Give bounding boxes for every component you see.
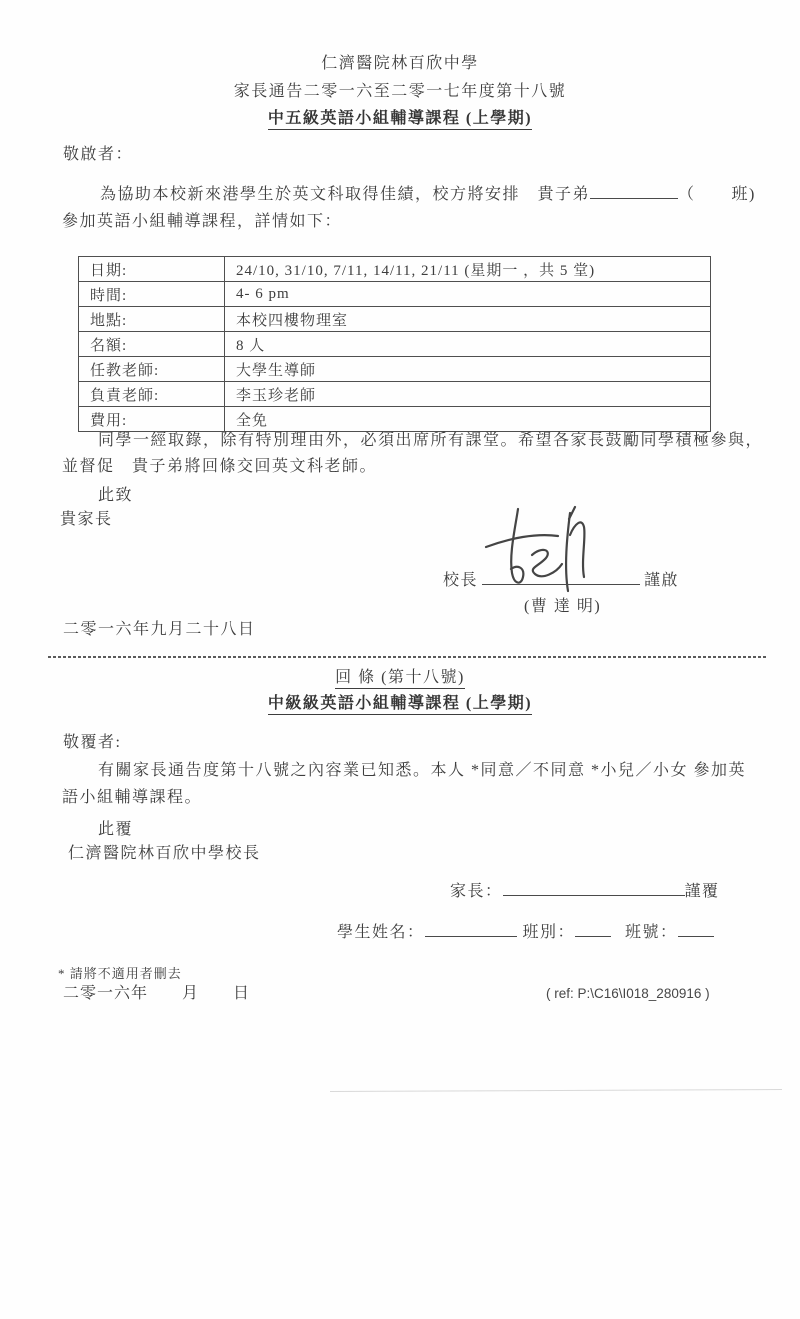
school-name: 仁濟醫院林百欣中學 <box>0 54 800 73</box>
parent-signature-blank <box>503 881 685 896</box>
row-label: 任教老師: <box>79 357 225 382</box>
tear-off-dashed-line <box>48 656 766 658</box>
table-row-teacher-in-charge: 負責老師: 李玉珍老師 <box>79 382 711 407</box>
principal-name: (曹 達 明) <box>524 597 601 616</box>
scan-artifact-line <box>330 1089 782 1092</box>
scanned-notice-page: 仁濟醫院林百欣中學 家長通告二零一六至二零一七年度第十八號 中五級英語小組輔導課… <box>0 0 800 1319</box>
table-row-tutor: 任教老師: 大學生導師 <box>79 357 711 382</box>
notice-para2-line1: 同學一經取錄，除有特別理由外，必須出席所有課堂。希望各家長鼓勵同學積極參與， <box>98 431 763 450</box>
class-no-blank <box>678 922 714 937</box>
class-label: 班別： <box>523 923 576 942</box>
notice-salutation: 敬啟者： <box>63 145 133 164</box>
row-value: 24/10, 31/10, 7/11, 14/11, 21/11 (星期一 ，共… <box>225 257 711 282</box>
student-info-row: 學生姓名： 班別： 班號： <box>337 922 714 942</box>
notice-para2-line2: 並督促 貴子弟將回條交回英文科老師。 <box>62 457 377 476</box>
reply-closing-principal: 仁濟醫院林百欣中學校長 <box>68 844 261 863</box>
class-blank <box>575 922 611 937</box>
table-row-time: 時間: 4- 6 pm <box>79 282 711 307</box>
row-label: 時間: <box>79 282 225 307</box>
row-value: 8 人 <box>225 332 711 357</box>
parent-suffix: 謹覆 <box>685 882 720 901</box>
notice-date: 二零一六年九月二十八日 <box>63 620 256 639</box>
row-value: 全免 <box>225 407 711 432</box>
reference-number: ( ref: P:\C16\I018_280916 ) <box>546 986 710 1001</box>
reply-date-blank: 二零一六年 月 日 <box>63 985 250 1003</box>
course-details-table: 日期: 24/10, 31/10, 7/11, 14/11, 21/11 (星期… <box>78 256 711 432</box>
row-label: 日期: <box>79 257 225 282</box>
row-value: 李玉珍老師 <box>225 382 711 407</box>
table-row-venue: 地點: 本校四樓物理室 <box>79 307 711 332</box>
parent-sign-row: 家長： 謹覆 <box>450 881 720 901</box>
notice-para1-line2: 參加英語小組輔導課程，詳情如下： <box>62 212 342 231</box>
student-name-blank <box>590 184 678 199</box>
reply-salutation: 敬覆者: <box>63 733 121 752</box>
table-row-date: 日期: 24/10, 31/10, 7/11, 14/11, 21/11 (星期… <box>79 257 711 282</box>
notice-para1-line1: 為協助本校新來港學生於英文科取得佳績，校方將安排 貴子弟（班) <box>100 184 756 204</box>
reply-para-line2: 語小組輔導課程。 <box>62 788 202 807</box>
table-row-quota: 名額: 8 人 <box>79 332 711 357</box>
row-label: 地點: <box>79 307 225 332</box>
closing-parents: 貴家長 <box>60 510 113 529</box>
table-row-fee: 費用: 全免 <box>79 407 711 432</box>
principal-sign-line: 校長 謹啟 <box>443 570 679 590</box>
principal-signature-blank <box>482 570 640 585</box>
closing-cizhi: 此致 <box>98 486 133 505</box>
reply-closing-cifu: 此覆 <box>98 820 133 839</box>
row-label: 費用: <box>79 407 225 432</box>
reply-slip-title: 回 條 (第十八號) <box>0 668 800 689</box>
principal-suffix: 謹啟 <box>644 571 679 590</box>
row-label: 名額: <box>79 332 225 357</box>
class-no-label: 班號： <box>625 923 678 942</box>
row-value: 大學生導師 <box>225 357 711 382</box>
notice-title: 中五級英語小組輔導課程 (上學期) <box>0 109 800 130</box>
reply-slip-subtitle: 中級級英語小組輔導課程 (上學期) <box>0 694 800 715</box>
row-value: 本校四樓物理室 <box>225 307 711 332</box>
student-name-blank <box>425 922 517 937</box>
student-name-label: 學生姓名： <box>337 923 425 942</box>
principal-signature <box>478 505 608 605</box>
row-label: 負責老師: <box>79 382 225 407</box>
parent-label: 家長： <box>450 882 503 901</box>
notice-number-line: 家長通告二零一六至二零一七年度第十八號 <box>0 82 800 101</box>
row-value: 4- 6 pm <box>225 282 711 307</box>
delete-inapplicable-footnote: * 請將不適用者刪去 <box>58 963 182 982</box>
reply-para-line1: 有關家長通告度第十八號之內容業已知悉。本人 *同意／不同意 *小兒／小女 參加英 <box>98 761 746 780</box>
principal-label: 校長 <box>443 571 478 590</box>
